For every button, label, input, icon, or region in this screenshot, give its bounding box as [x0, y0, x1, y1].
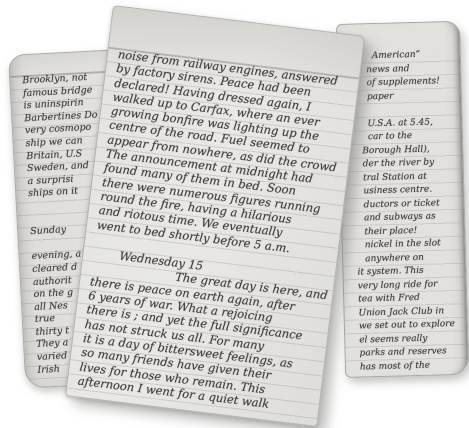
- diary-pages-photo: Brooklyn, not famous bridge is uninspiri…: [0, 0, 469, 428]
- handwritten-line: has most of the: [360, 358, 466, 374]
- top-page-handwriting: noise from railway engines, answered by …: [76, 47, 357, 426]
- right-page-handwriting: American” news and of supplements! paper…: [350, 48, 466, 377]
- top-diary-page: noise from railway engines, answered by …: [65, 5, 365, 427]
